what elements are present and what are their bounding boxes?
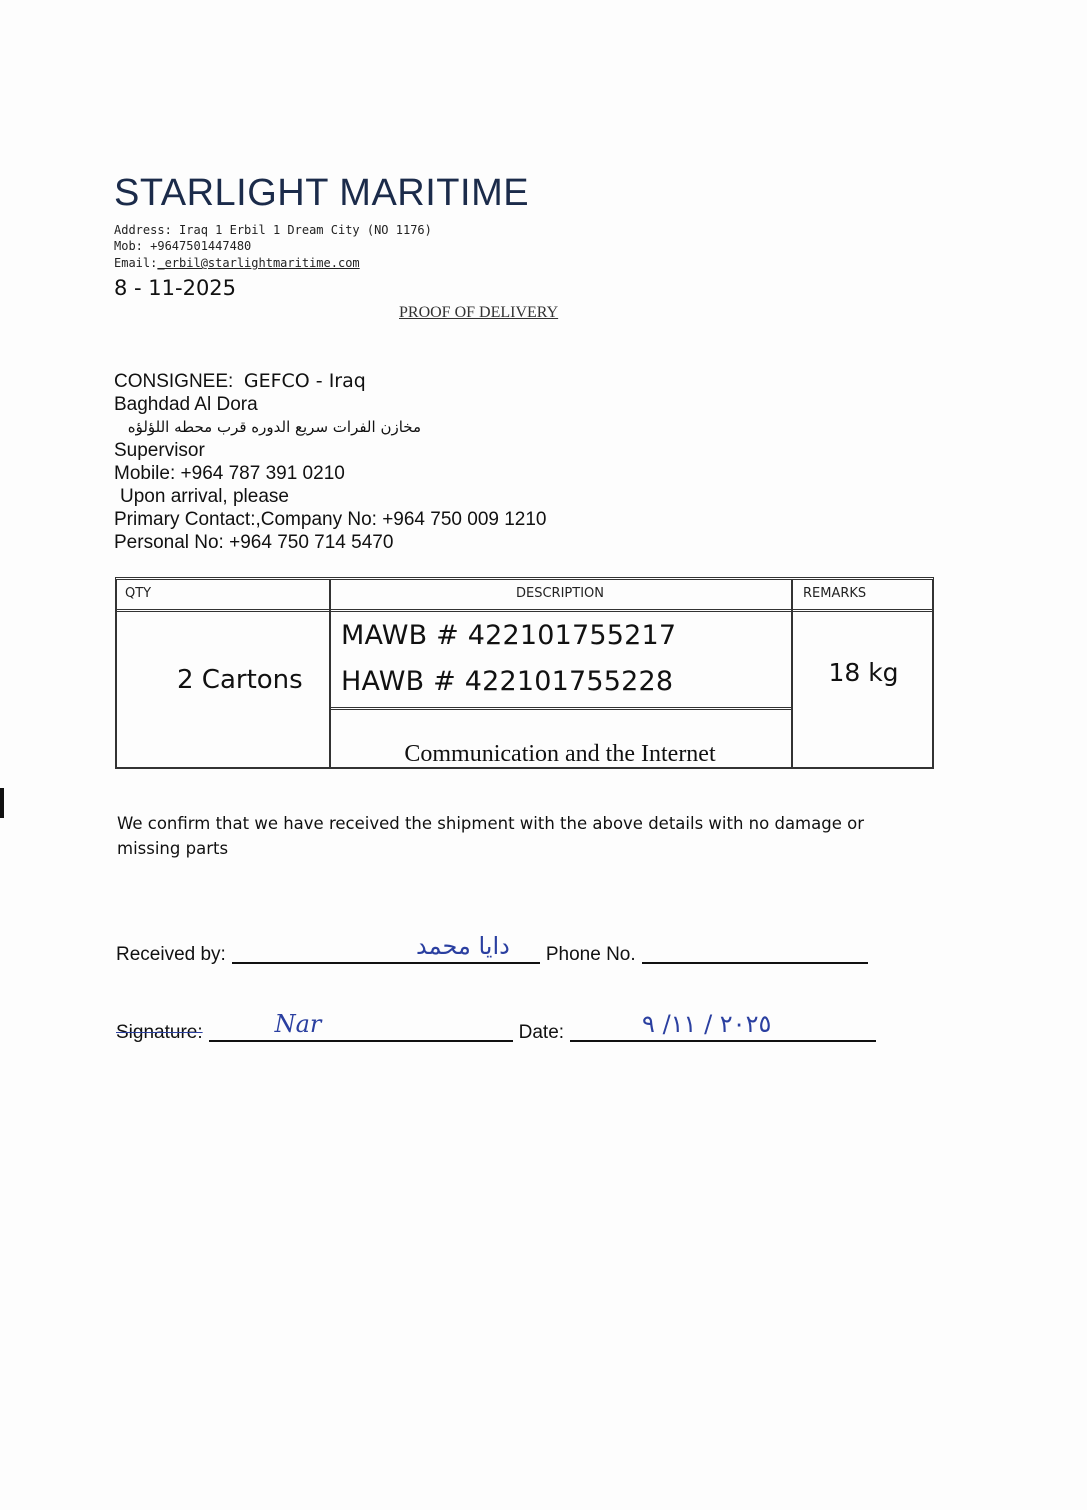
phone-label: Phone No. [546, 944, 636, 966]
email-label: Email: [114, 256, 157, 270]
consignee-role: Supervisor [114, 439, 547, 462]
company-mobile: Mob: +9647501447480 [114, 239, 251, 253]
company-address: Address: Iraq 1 Erbil 1 Dream City (NO 1… [114, 223, 432, 237]
consignee-block: CONSIGNEE: GEFCO - Iraq Baghdad Al Dora … [114, 370, 547, 554]
email-link[interactable]: _erbil@starlightmaritime.com [157, 256, 359, 270]
company-email: Email:_erbil@starlightmaritime.com [114, 256, 360, 270]
signature-label: Signature: [116, 1022, 203, 1044]
cell-hawb: HAWB # 422101755228 [341, 666, 673, 697]
signature-row: Signature: Nar Date: ٢٠٢٥ / ١١/ ٩ [116, 1016, 882, 1044]
consignee-arabic-address: مخازن الفرات سريع الدوره قرب محطه اللؤلؤ… [114, 416, 421, 439]
received-by-handwriting: دايا محمد [416, 932, 510, 960]
consignee-line: CONSIGNEE: GEFCO - Iraq [114, 370, 547, 393]
consignee-mobile: Mobile: +964 787 391 0210 [114, 462, 547, 485]
scan-edge-mark [0, 788, 4, 818]
signature-field[interactable]: Nar [209, 1016, 513, 1042]
header-qty: QTY [125, 586, 151, 601]
header-description: DESCRIPTION [329, 586, 791, 601]
header-remarks: REMARKS [803, 586, 866, 601]
date-field[interactable]: ٢٠٢٥ / ١١/ ٩ [570, 1016, 876, 1042]
date-handwriting: ٢٠٢٥ / ١١/ ٩ [642, 1010, 771, 1038]
document-title: PROOF OF DELIVERY [399, 304, 558, 322]
consignee-personal-number: Personal No: +964 750 714 5470 [114, 531, 547, 554]
shipment-table: QTY DESCRIPTION REMARKS 2 Cartons MAWB #… [115, 577, 934, 769]
cell-commodity: Communication and the Internet [329, 741, 791, 768]
cell-qty: 2 Cartons [177, 665, 303, 695]
consignee-name: GEFCO - Iraq [244, 370, 366, 392]
consignee-label: CONSIGNEE: [114, 371, 233, 392]
cell-remarks: 18 kg [791, 658, 936, 687]
received-row: Received by: دايا محمد Phone No. [116, 938, 874, 966]
date-label: Date: [519, 1022, 564, 1044]
description-divider [329, 707, 791, 710]
phone-field[interactable] [642, 938, 868, 964]
consignee-city: Baghdad Al Dora [114, 393, 547, 416]
signature-handwriting: Nar [275, 1010, 322, 1038]
received-by-field[interactable]: دايا محمد [232, 938, 540, 964]
consignee-primary-contact: Primary Contact:,Company No: +964 750 00… [114, 508, 547, 531]
confirmation-statement: We confirm that we have received the shi… [117, 811, 877, 861]
document-date: 8 - 11-2025 [114, 276, 236, 300]
header-divider [117, 609, 932, 612]
received-by-label: Received by: [116, 944, 226, 966]
cell-mawb: MAWB # 422101755217 [341, 620, 676, 651]
consignee-note: Upon arrival, please [114, 485, 547, 508]
company-name: STARLIGHT MARITIME [114, 172, 529, 215]
